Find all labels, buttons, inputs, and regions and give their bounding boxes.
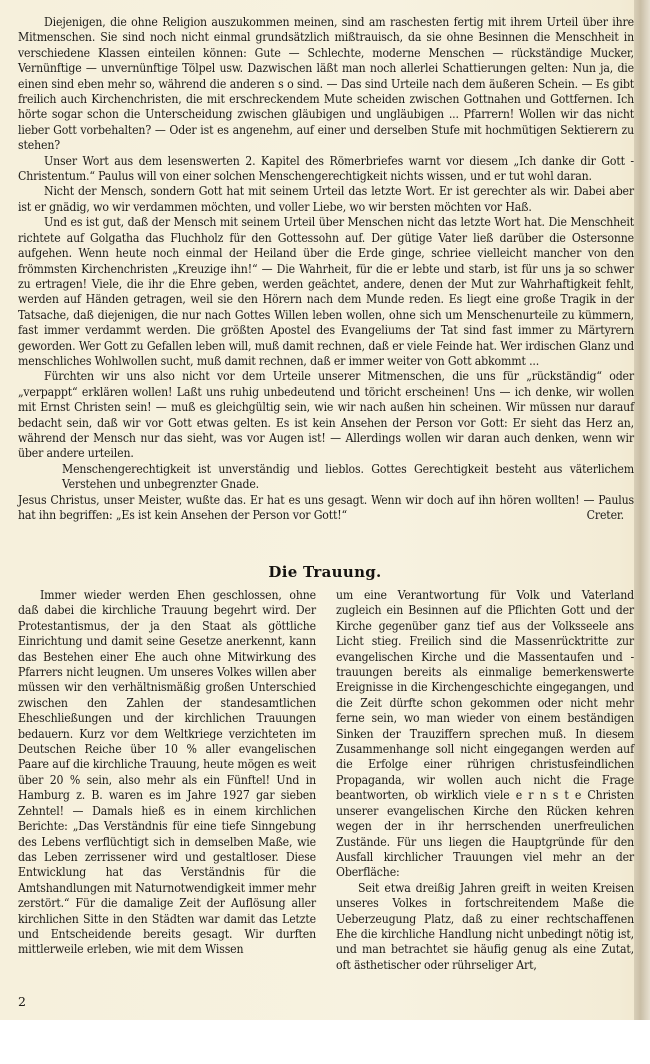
page-number: 2 [18, 994, 26, 1009]
left-column: Immer wieder werden Ehen geschlossen, oh… [18, 588, 316, 958]
closing-paragraph: Jesus Christus, unser Meister, wußte das… [18, 493, 634, 524]
article-devotional: Diejenigen, die ohne Religion auszukomme… [18, 15, 634, 523]
paragraph: Fürchten wir uns also nicht vor dem Urte… [18, 369, 634, 461]
right-column: um eine Verantwortung für Volk und Vater… [336, 588, 634, 973]
paragraph: Immer wieder werden Ehen geschlossen, oh… [18, 588, 316, 958]
emphasized-quote: Menschengerechtigkeit ist unverständig u… [18, 462, 634, 493]
scanned-page: Diejenigen, die ohne Religion auszukomme… [0, 0, 650, 1020]
paragraph: Seit etwa dreißig Jahren greift in weite… [336, 881, 634, 973]
article-title: Die Trauung. [0, 563, 650, 581]
paragraph: Unser Wort aus dem lesenswerten 2. Kapit… [18, 154, 634, 185]
paragraph: Diejenigen, die ohne Religion auszukomme… [18, 15, 634, 154]
binding-shadow [634, 0, 650, 1020]
author-signature: Creter. [587, 508, 624, 523]
paragraph: Nicht der Mensch, sondern Gott hat mit s… [18, 184, 634, 215]
closing-text: Jesus Christus, unser Meister, wußte das… [18, 493, 634, 522]
paragraph: um eine Verantwortung für Volk und Vater… [336, 588, 634, 881]
paragraph: Und es ist gut, daß der Mensch mit seine… [18, 215, 634, 369]
